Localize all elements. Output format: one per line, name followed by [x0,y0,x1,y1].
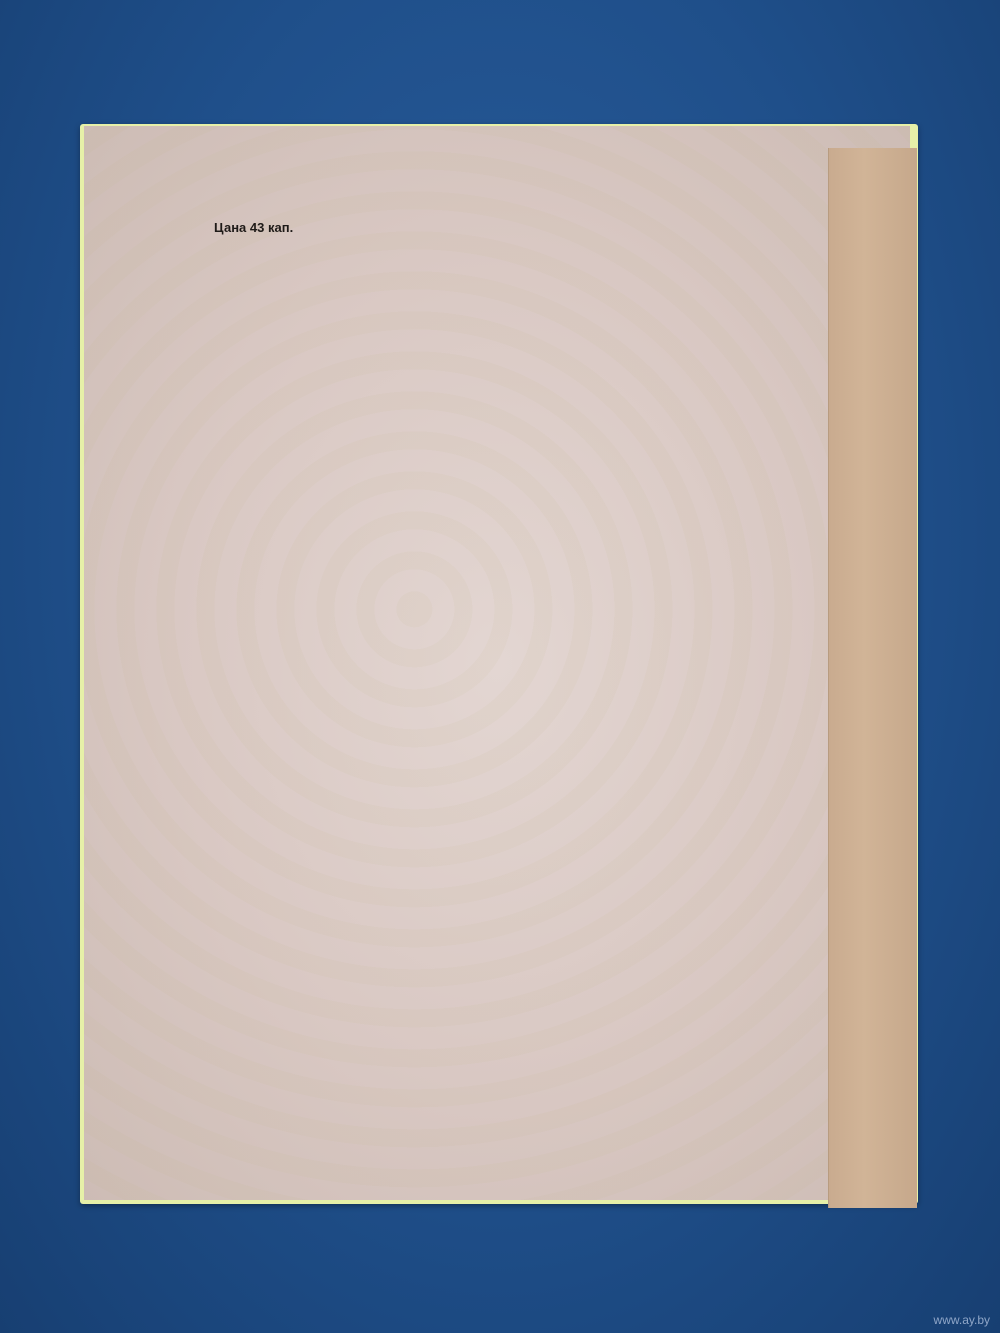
price-label: Цана 43 кап. [214,220,293,235]
book-back-cover [84,126,910,1200]
book-spine-tape [828,148,917,1208]
watermark: www.ay.by [934,1313,990,1327]
